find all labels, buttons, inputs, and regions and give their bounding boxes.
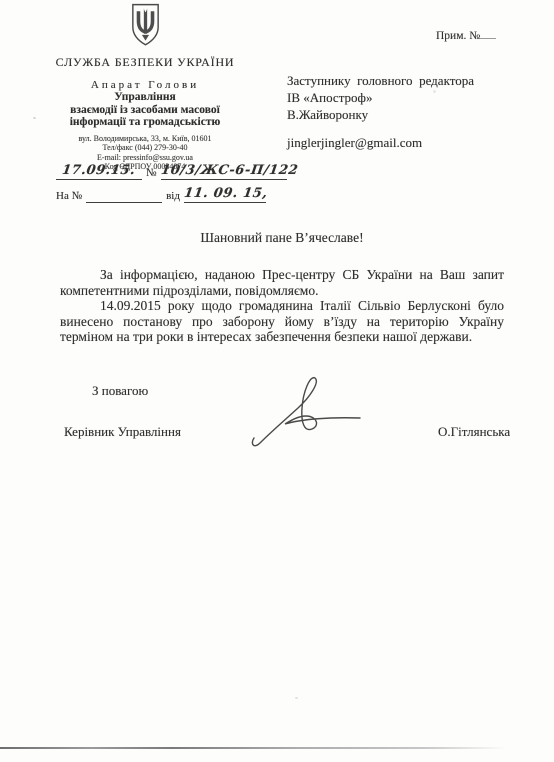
scan-speck <box>33 117 36 119</box>
closing-regards: З повагою <box>92 383 148 399</box>
copy-number-blank-line <box>480 27 496 39</box>
recipient-block: Заступнику головного редактора ІВ «Апост… <box>287 72 474 151</box>
outgoing-reference-line: 17.09.15. № 10/3/ЖС-6-П/122 <box>56 161 296 180</box>
letterhead-address: вул. Володимирська, 33, м. Київ, 01601 <box>50 134 240 144</box>
organization-name: СЛУЖБА БЕЗПЕКИ УКРАЇНИ <box>50 55 240 70</box>
handwritten-outgoing-date: 17.09.15. <box>61 164 136 178</box>
number-sign-label: № <box>146 167 157 180</box>
ref-number-label: На № <box>56 190 82 203</box>
recipient-name: В.Жайворонку <box>287 106 474 123</box>
outgoing-number-field: 10/3/ЖС-6-П/122 <box>161 161 287 180</box>
recipient-email: jinglerjingler@gmail.com <box>287 134 474 151</box>
scan-speck <box>295 697 298 699</box>
signer-name: О.Гітлянська <box>438 424 510 440</box>
recipient-title: Заступнику головного редактора <box>287 72 474 89</box>
handwritten-outgoing-number: 10/3/ЖС-6-П/122 <box>160 164 299 178</box>
outgoing-date-field: 17.09.15. <box>56 161 142 180</box>
recipient-organization: ІВ «Апостроф» <box>287 89 474 106</box>
scan-speck <box>433 90 436 93</box>
department-line-1: Апарат Голови <box>50 79 240 91</box>
letterhead: СЛУЖБА БЕЗПЕКИ УКРАЇНИ Апарат Голови Упр… <box>50 2 240 172</box>
body-paragraph-2: 14.09.2015 року щодо громадянина Італії … <box>60 298 504 345</box>
scan-artifact-bottom-line <box>0 747 506 749</box>
salutation: Шановний пане В’ячеславе! <box>60 230 504 246</box>
department-line-2: Управління <box>50 91 240 104</box>
handwritten-signature <box>246 372 364 458</box>
ukraine-trident-emblem-icon <box>129 2 162 48</box>
letter-body: За інформацією, наданою Прес-центру СБ У… <box>60 267 504 345</box>
department-line-3: взаємодії із засобами масової <box>50 104 240 117</box>
incoming-reference-line: На № від 11. 09. 15, <box>56 184 296 203</box>
department-line-4: інформації та громадськістю <box>50 116 240 129</box>
signer-position: Керівник Управління <box>64 424 181 440</box>
letterhead-phone: Тел/факс (044) 279-30-40 <box>50 143 240 153</box>
ref-number-blank-field <box>86 189 162 203</box>
copy-number-text: Прим. № <box>436 30 480 42</box>
scanned-letter-page: Прим. № СЛУЖБА БЕЗПЕКИ УКРАЇНИ Апарат Го… <box>0 0 554 762</box>
copy-number-label: Прим. № <box>436 27 496 42</box>
ref-date-field: 11. 09. 15, <box>184 184 266 203</box>
ref-from-label: від <box>166 190 180 203</box>
handwritten-ref-date: 11. 09. 15, <box>183 187 268 201</box>
body-paragraph-1: За інформацією, наданою Прес-центру СБ У… <box>60 267 504 298</box>
